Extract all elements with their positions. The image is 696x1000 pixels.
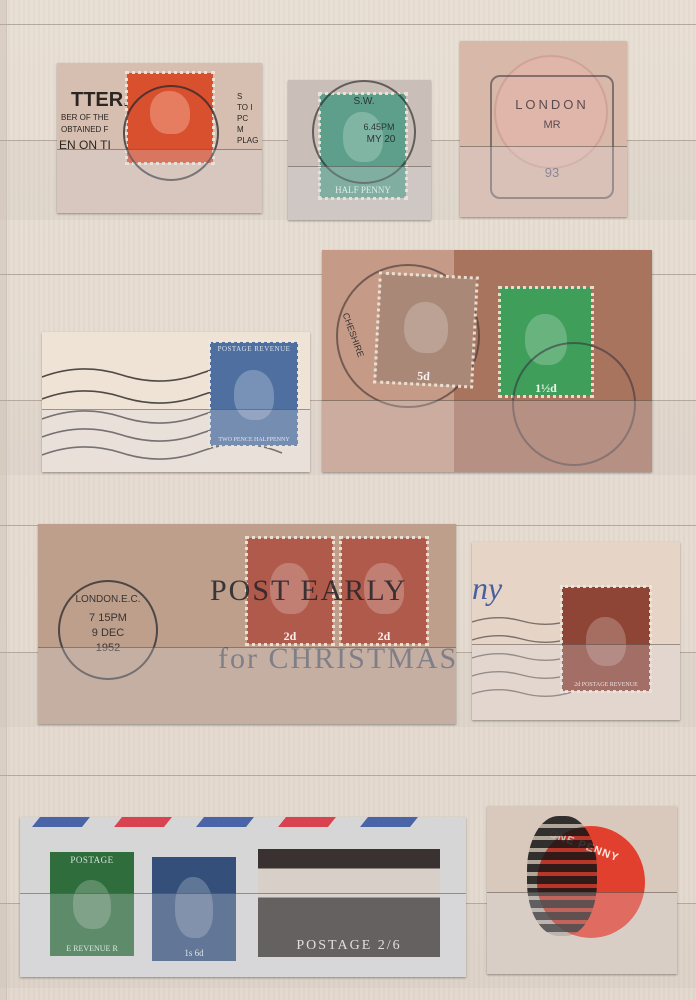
stamp-wilding-2d[interactable]: 2d POSTAGE REVENUE [562, 587, 650, 691]
stamp-wilding-blue[interactable]: POSTAGE REVENUE 1s 6d [152, 857, 236, 961]
postmark: LONDON MR 93 [490, 75, 614, 199]
printed-text: OBTAINED F [61, 125, 108, 134]
slogan-cancel: for CHRISTMAS [218, 642, 456, 676]
postmark: LONDON.E.C. 7 15PM 9 DEC 1952 [58, 580, 158, 680]
stamp-piece-embossed[interactable]: LONDON MR 93 [460, 41, 627, 217]
strip-edge [0, 24, 696, 25]
postmark: S.W. 6.45PM MY 20 [312, 80, 416, 184]
stamp-piece-wilding[interactable]: ny 2d POSTAGE REVENUE [472, 542, 680, 720]
strip-edge [0, 775, 696, 776]
stamp-piece-george-v[interactable]: POSTAGE REVENUE TWO PENCE HALFPENNY [42, 332, 310, 472]
handwriting: ny [472, 570, 502, 607]
stamp-george-vi-5d[interactable]: POSTAGE REVENUE 5d [375, 274, 477, 387]
postmark [123, 85, 219, 181]
stamp-piece-edward[interactable]: HALF PENNY S.W. 6.45PM MY 20 [288, 80, 431, 220]
stamp-wilding-regional[interactable]: POSTAGE E REVENUE R [50, 852, 134, 956]
stamp-piece-jubilee[interactable]: TTER. BER OF THE OBTAINED F EN ON TI STO… [57, 63, 262, 213]
printed-text: TTER. [71, 89, 129, 112]
printed-text: EN ON TI [59, 138, 111, 152]
stamp-george-v-2-5d[interactable]: POSTAGE REVENUE TWO PENCE HALFPENNY [210, 342, 298, 446]
stamp-piece-post-early[interactable]: LONDON.E.C. 7 15PM 9 DEC 1952 POSTAGE RE… [38, 524, 456, 724]
postmark [512, 342, 636, 466]
airmail-border-icon [20, 817, 466, 827]
printed-text: BER OF THE [61, 113, 109, 122]
obliterator-cancel [527, 816, 597, 936]
stamp-castle-high-value[interactable]: POSTAGE 2/6 [258, 849, 440, 957]
stamp-piece-airmail[interactable]: POSTAGE E REVENUE R POSTAGE REVENUE 1s 6… [20, 817, 466, 977]
slogan-cancel: POST EARLY [210, 574, 407, 608]
stamp-piece-stationery[interactable]: ONE PENNY [487, 806, 677, 974]
printed-text-right: STO IPCMPLAG [237, 91, 259, 146]
stamp-piece-george-vi-pair[interactable]: CHESHIRE POSTAGE REVENUE 5d POSTAGE REVE… [322, 250, 652, 472]
wavy-cancel-icon [472, 612, 572, 712]
